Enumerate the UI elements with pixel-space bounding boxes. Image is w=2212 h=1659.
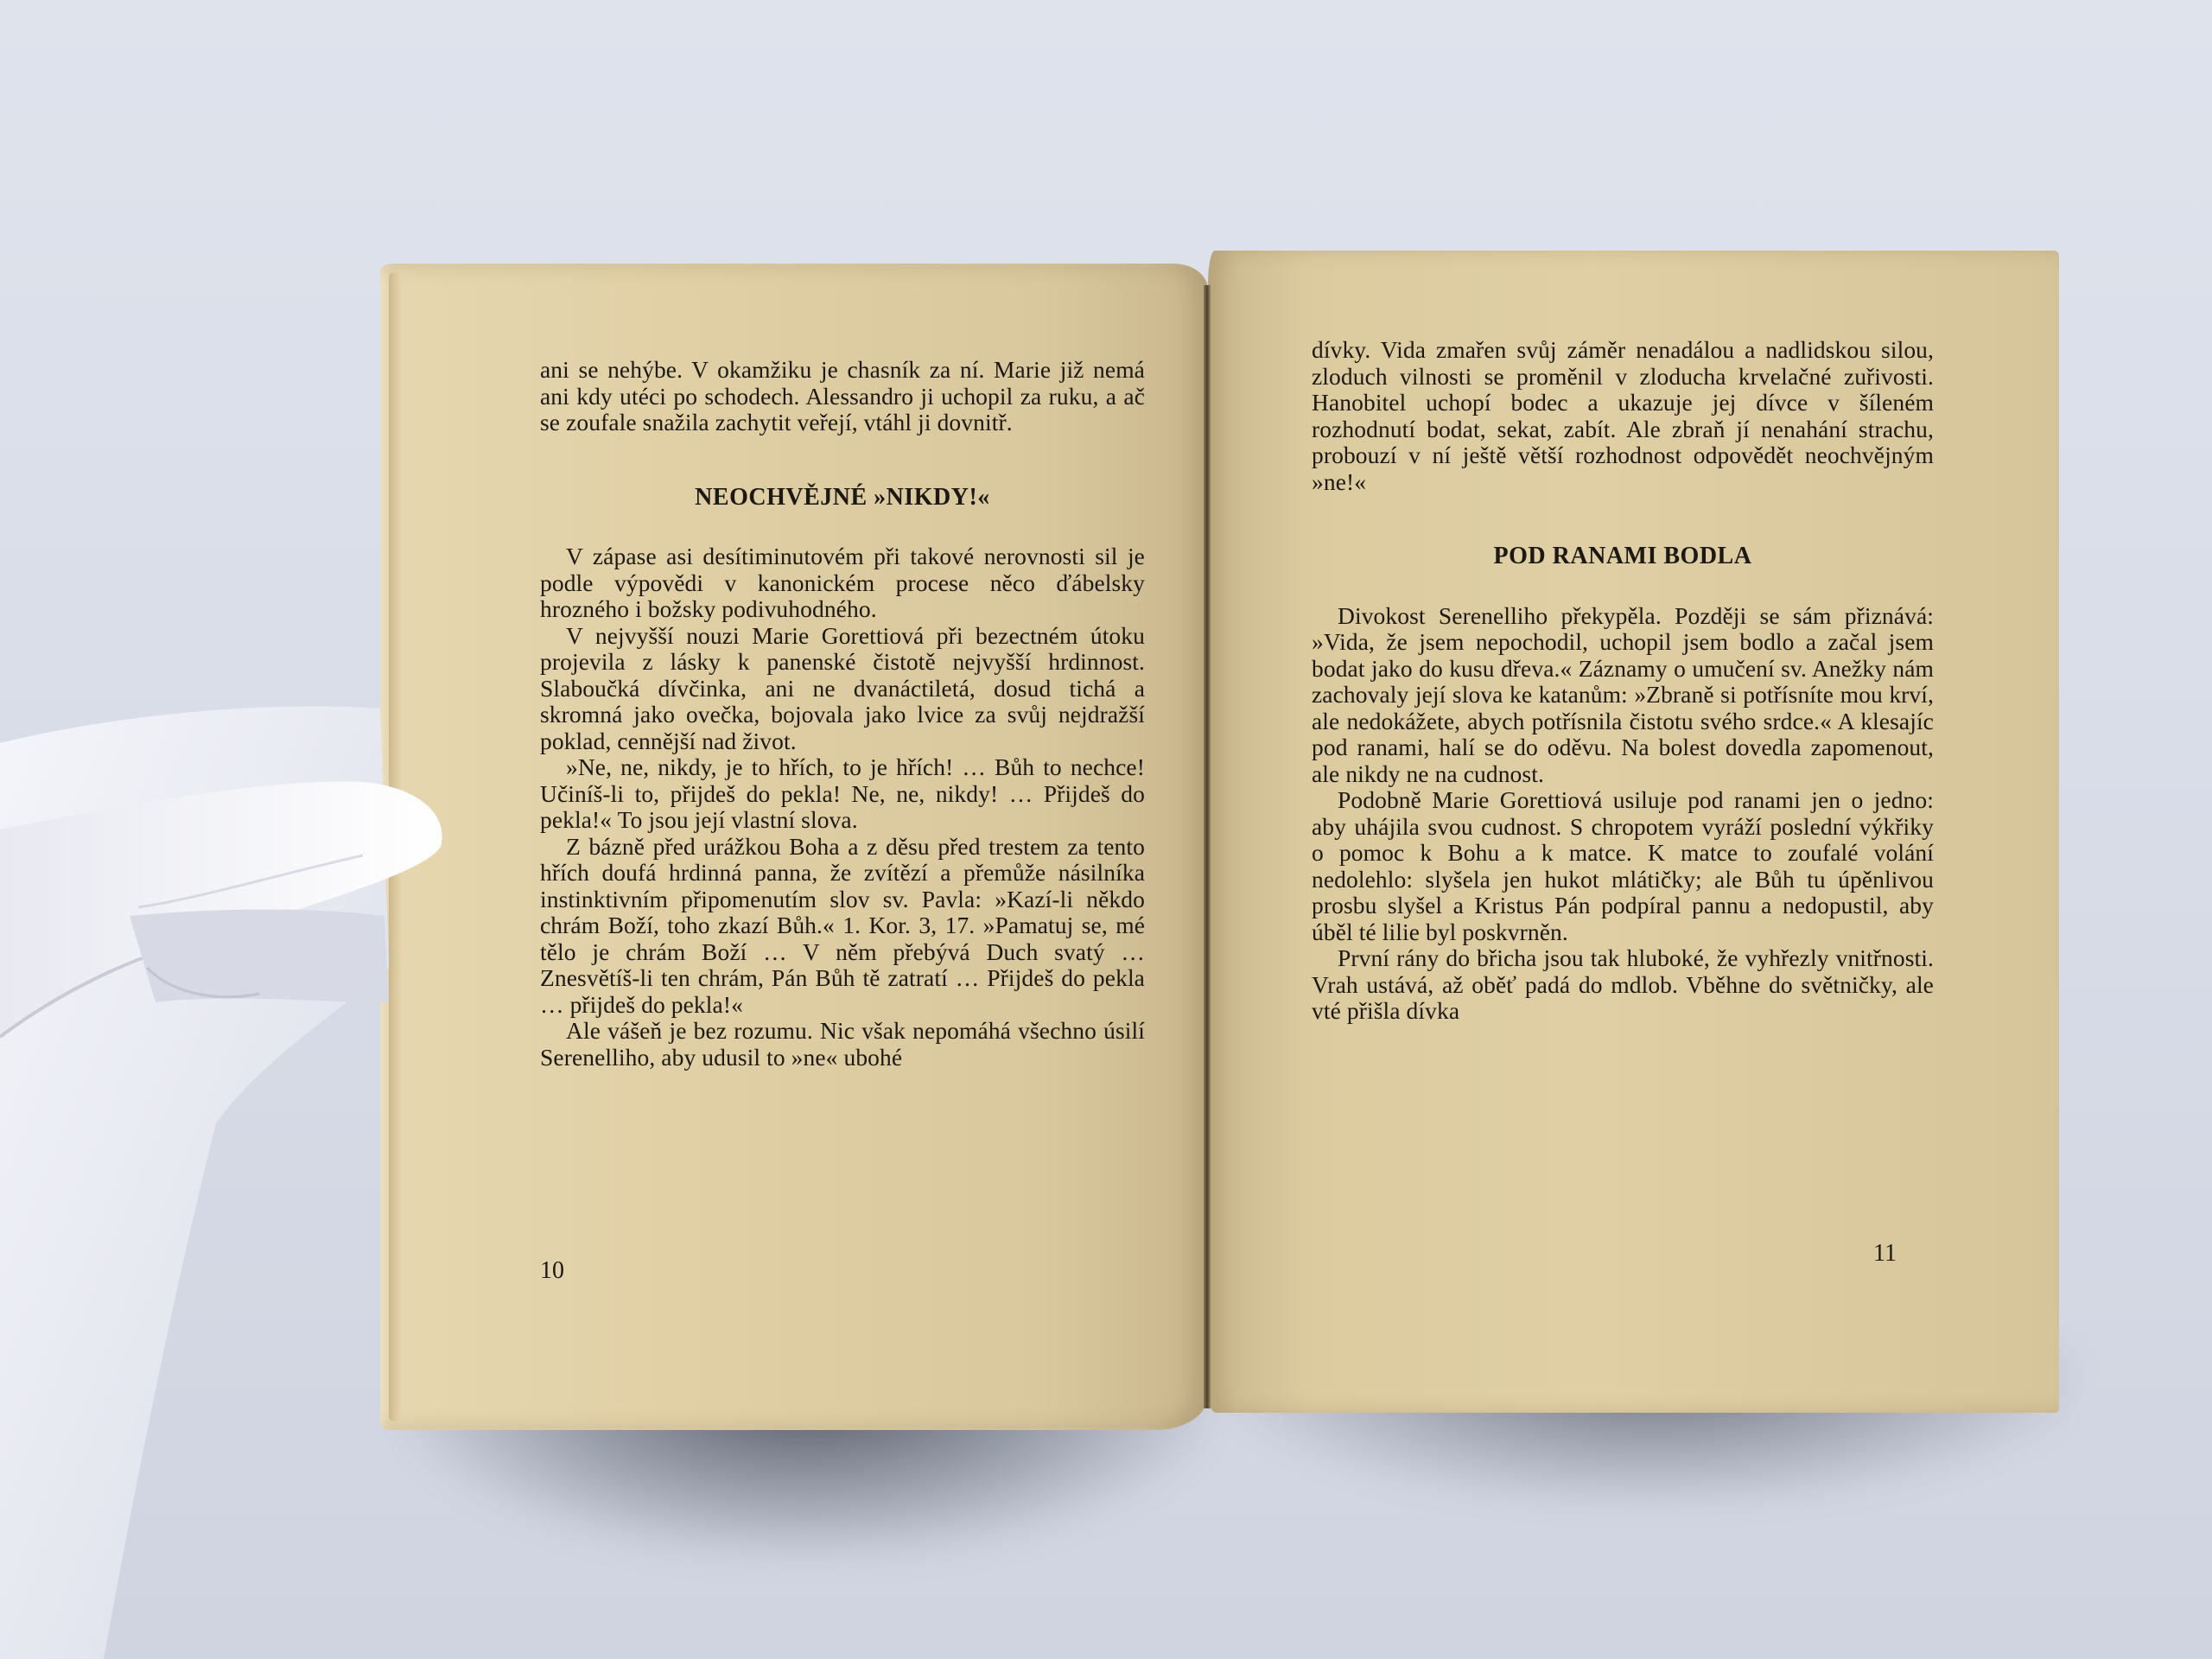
right-paragraph: První rány do břicha jsou tak hluboké, ž… [1312, 945, 1934, 1025]
left-opening-paragraph: ani se nehýbe. V okamžiku je chasník za … [540, 357, 1145, 436]
right-paragraph: Divokost Serenelliho překypěla. Později … [1312, 603, 1934, 788]
left-paragraph: Z bázně před urážkou Boha a z děsu před … [540, 834, 1145, 1019]
right-page-number: 11 [1873, 1240, 1897, 1268]
left-page-text: ani se nehýbe. V okamžiku je chasník za … [540, 357, 1145, 1071]
book-spine-gutter [1204, 285, 1211, 1408]
photo-scene: ani se nehýbe. V okamžiku je chasník za … [0, 0, 2212, 1659]
left-page: ani se nehýbe. V okamžiku je chasník za … [380, 264, 1208, 1430]
left-paragraph: V nejvyšší nouzi Marie Gorettiová při be… [540, 623, 1145, 755]
right-page-text: dívky. Vida zmařen svůj záměr nenadálou … [1312, 337, 1934, 1025]
right-paragraph: Podobně Marie Gorettiová usiluje pod ran… [1312, 787, 1934, 945]
right-page-heading: POD RANAMI BODLA [1312, 543, 1934, 570]
left-page-heading: NEOCHVĚJNÉ »NIKDY!« [540, 485, 1145, 512]
left-paragraph: »Ne, ne, nikdy, je to hřích, to je hřích… [540, 754, 1145, 834]
left-paragraph: V zápase asi desítiminutovém při takové … [540, 543, 1145, 623]
left-page-number: 10 [540, 1257, 564, 1285]
right-page: dívky. Vida zmařen svůj záměr nenadálou … [1208, 251, 2059, 1413]
right-opening-paragraph: dívky. Vida zmařen svůj záměr nenadálou … [1312, 337, 1934, 495]
left-paragraph: Ale vášeň je bez rozumu. Nic však nepomá… [540, 1018, 1145, 1071]
